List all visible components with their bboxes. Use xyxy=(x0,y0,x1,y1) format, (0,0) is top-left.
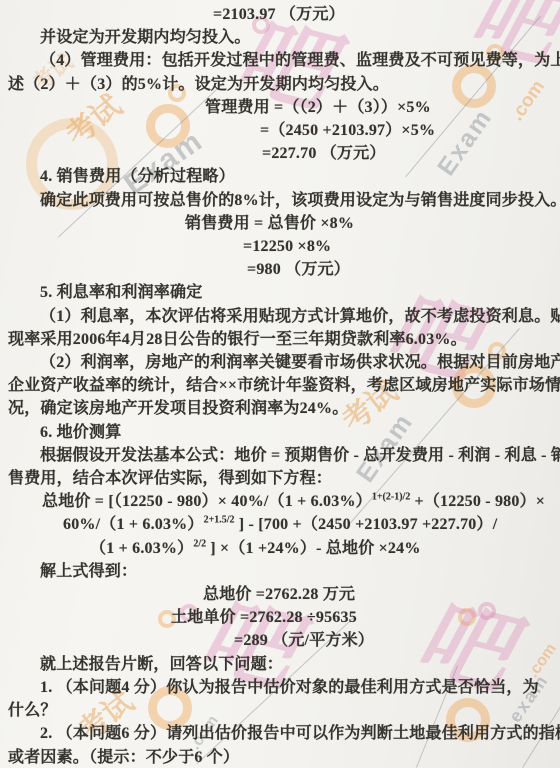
formula-result-line: =980 （万元） xyxy=(247,258,552,281)
paragraph-line: （4）管理费用：包括开发过程中的管理费、监理费及不可预见费等，为上 xyxy=(8,49,552,72)
question-line: 或者因素。（提示：不少于6 个） xyxy=(8,746,552,768)
paragraph-line: 确定此项费用可按总售价的8%计，该项费用设定为与销售进度同步投入。 xyxy=(8,189,552,212)
equation-text: +（12250 - 980）× xyxy=(410,493,545,510)
formula-line: =12250 ×8% xyxy=(243,235,552,258)
formula-result-line: =289 （元/平方米） xyxy=(234,629,552,652)
equation-text: 总地价 = [（12250 - 980）× 40%/（1 + 6.03%） xyxy=(42,493,372,510)
paragraph-line: 售费用，结合本次评估实际，得到如下方程： xyxy=(8,467,552,490)
formula-result-line: 总地价 =2762.28 万元 xyxy=(203,583,552,606)
paragraph-line: 企业资产收益率的统计，结合××市统计年鉴资料，考虑区域房地产实际市场情 xyxy=(8,374,552,397)
paragraph-line: 述（2）＋（3）的5%计。设定为开发期内均匀投入。 xyxy=(8,73,552,96)
equation-exponent: 1+(2-1)/2 xyxy=(372,492,410,503)
section-heading: 6. 地价测算 xyxy=(8,421,552,444)
formula-line: 管理费用 =（（2）＋（3））×5% xyxy=(205,96,552,119)
equation-text: （1 + 6.03%） xyxy=(90,540,193,557)
scanned-document-page: 考试 考试 Exam 吧 吧 .com Exam 吧 考试 Exam 吧 考试 … xyxy=(0,0,560,768)
equation-text: ] ×（1 +24%）- 总地价 ×24% xyxy=(206,540,420,557)
section-heading: 4. 销售费用（分析过程略） xyxy=(8,165,552,188)
equation-line: 60%/（1 + 6.03%）2+1.5/2 ] - [700 +（2450 +… xyxy=(63,513,552,536)
equation-exponent: 2/2 xyxy=(193,538,206,549)
equation-line: （1 + 6.03%）2/2 ] ×（1 +24%）- 总地价 ×24% xyxy=(90,537,552,560)
paragraph-line: 就上述报告片断，回答以下问题： xyxy=(8,653,552,676)
section-heading: 5. 利息率和利润率确定 xyxy=(8,281,552,304)
paragraph-line: （1）利息率，本次评估将采用贴现方式计算地价，故不考虑投资利息。贴 xyxy=(8,305,552,328)
formula-result-line: =227.70 （万元） xyxy=(262,142,552,165)
paragraph-line: 并设定为开发期内均匀投入。 xyxy=(8,26,552,49)
question-line: 1. （本问题4 分）你认为报告中估价对象的最佳利用方式是否恰当，为 xyxy=(8,676,552,699)
formula-line: 土地单价 =2762.28 ÷95635 xyxy=(171,606,552,629)
paragraph-line: 根据假设开发法基本公式：地价 = 预期售价 - 总开发费用 - 利润 - 利息 … xyxy=(8,444,552,467)
equation-exponent: 2+1.5/2 xyxy=(204,515,235,526)
paragraph-line: 现率采用2006年4月28日公告的银行一至三年期贷款利率6.03%。 xyxy=(8,328,552,351)
equation-text: ] - [700 +（2450 +2103.97 +227.70）/ xyxy=(235,516,498,533)
formula-result-line: =2103.97 （万元） xyxy=(213,3,552,26)
equation-line: 总地价 = [（12250 - 980）× 40%/（1 + 6.03%）1+(… xyxy=(42,490,552,513)
paragraph-line: （2）利润率，房地产的利润率关键要看市场供求状况。根据对目前房地产 xyxy=(8,351,552,374)
question-line: 2. （本问题6 分）请列出估价报告中可以作为判断土地最佳利用方式的指标 xyxy=(8,722,552,745)
equation-text: 60%/（1 + 6.03%） xyxy=(63,516,204,533)
paragraph-line: 解上式得到： xyxy=(8,560,552,583)
formula-line: =（2450 +2103.97）×5% xyxy=(260,119,552,142)
question-line: 什么？ xyxy=(8,699,552,722)
document-body: =2103.97 （万元） 并设定为开发期内均匀投入。 （4）管理费用：包括开发… xyxy=(8,3,552,768)
formula-line: 销售费用 = 总售价 ×8% xyxy=(185,212,552,235)
paragraph-line: 况，确定该房地产开发项目投资利润率为24%。 xyxy=(8,397,552,420)
